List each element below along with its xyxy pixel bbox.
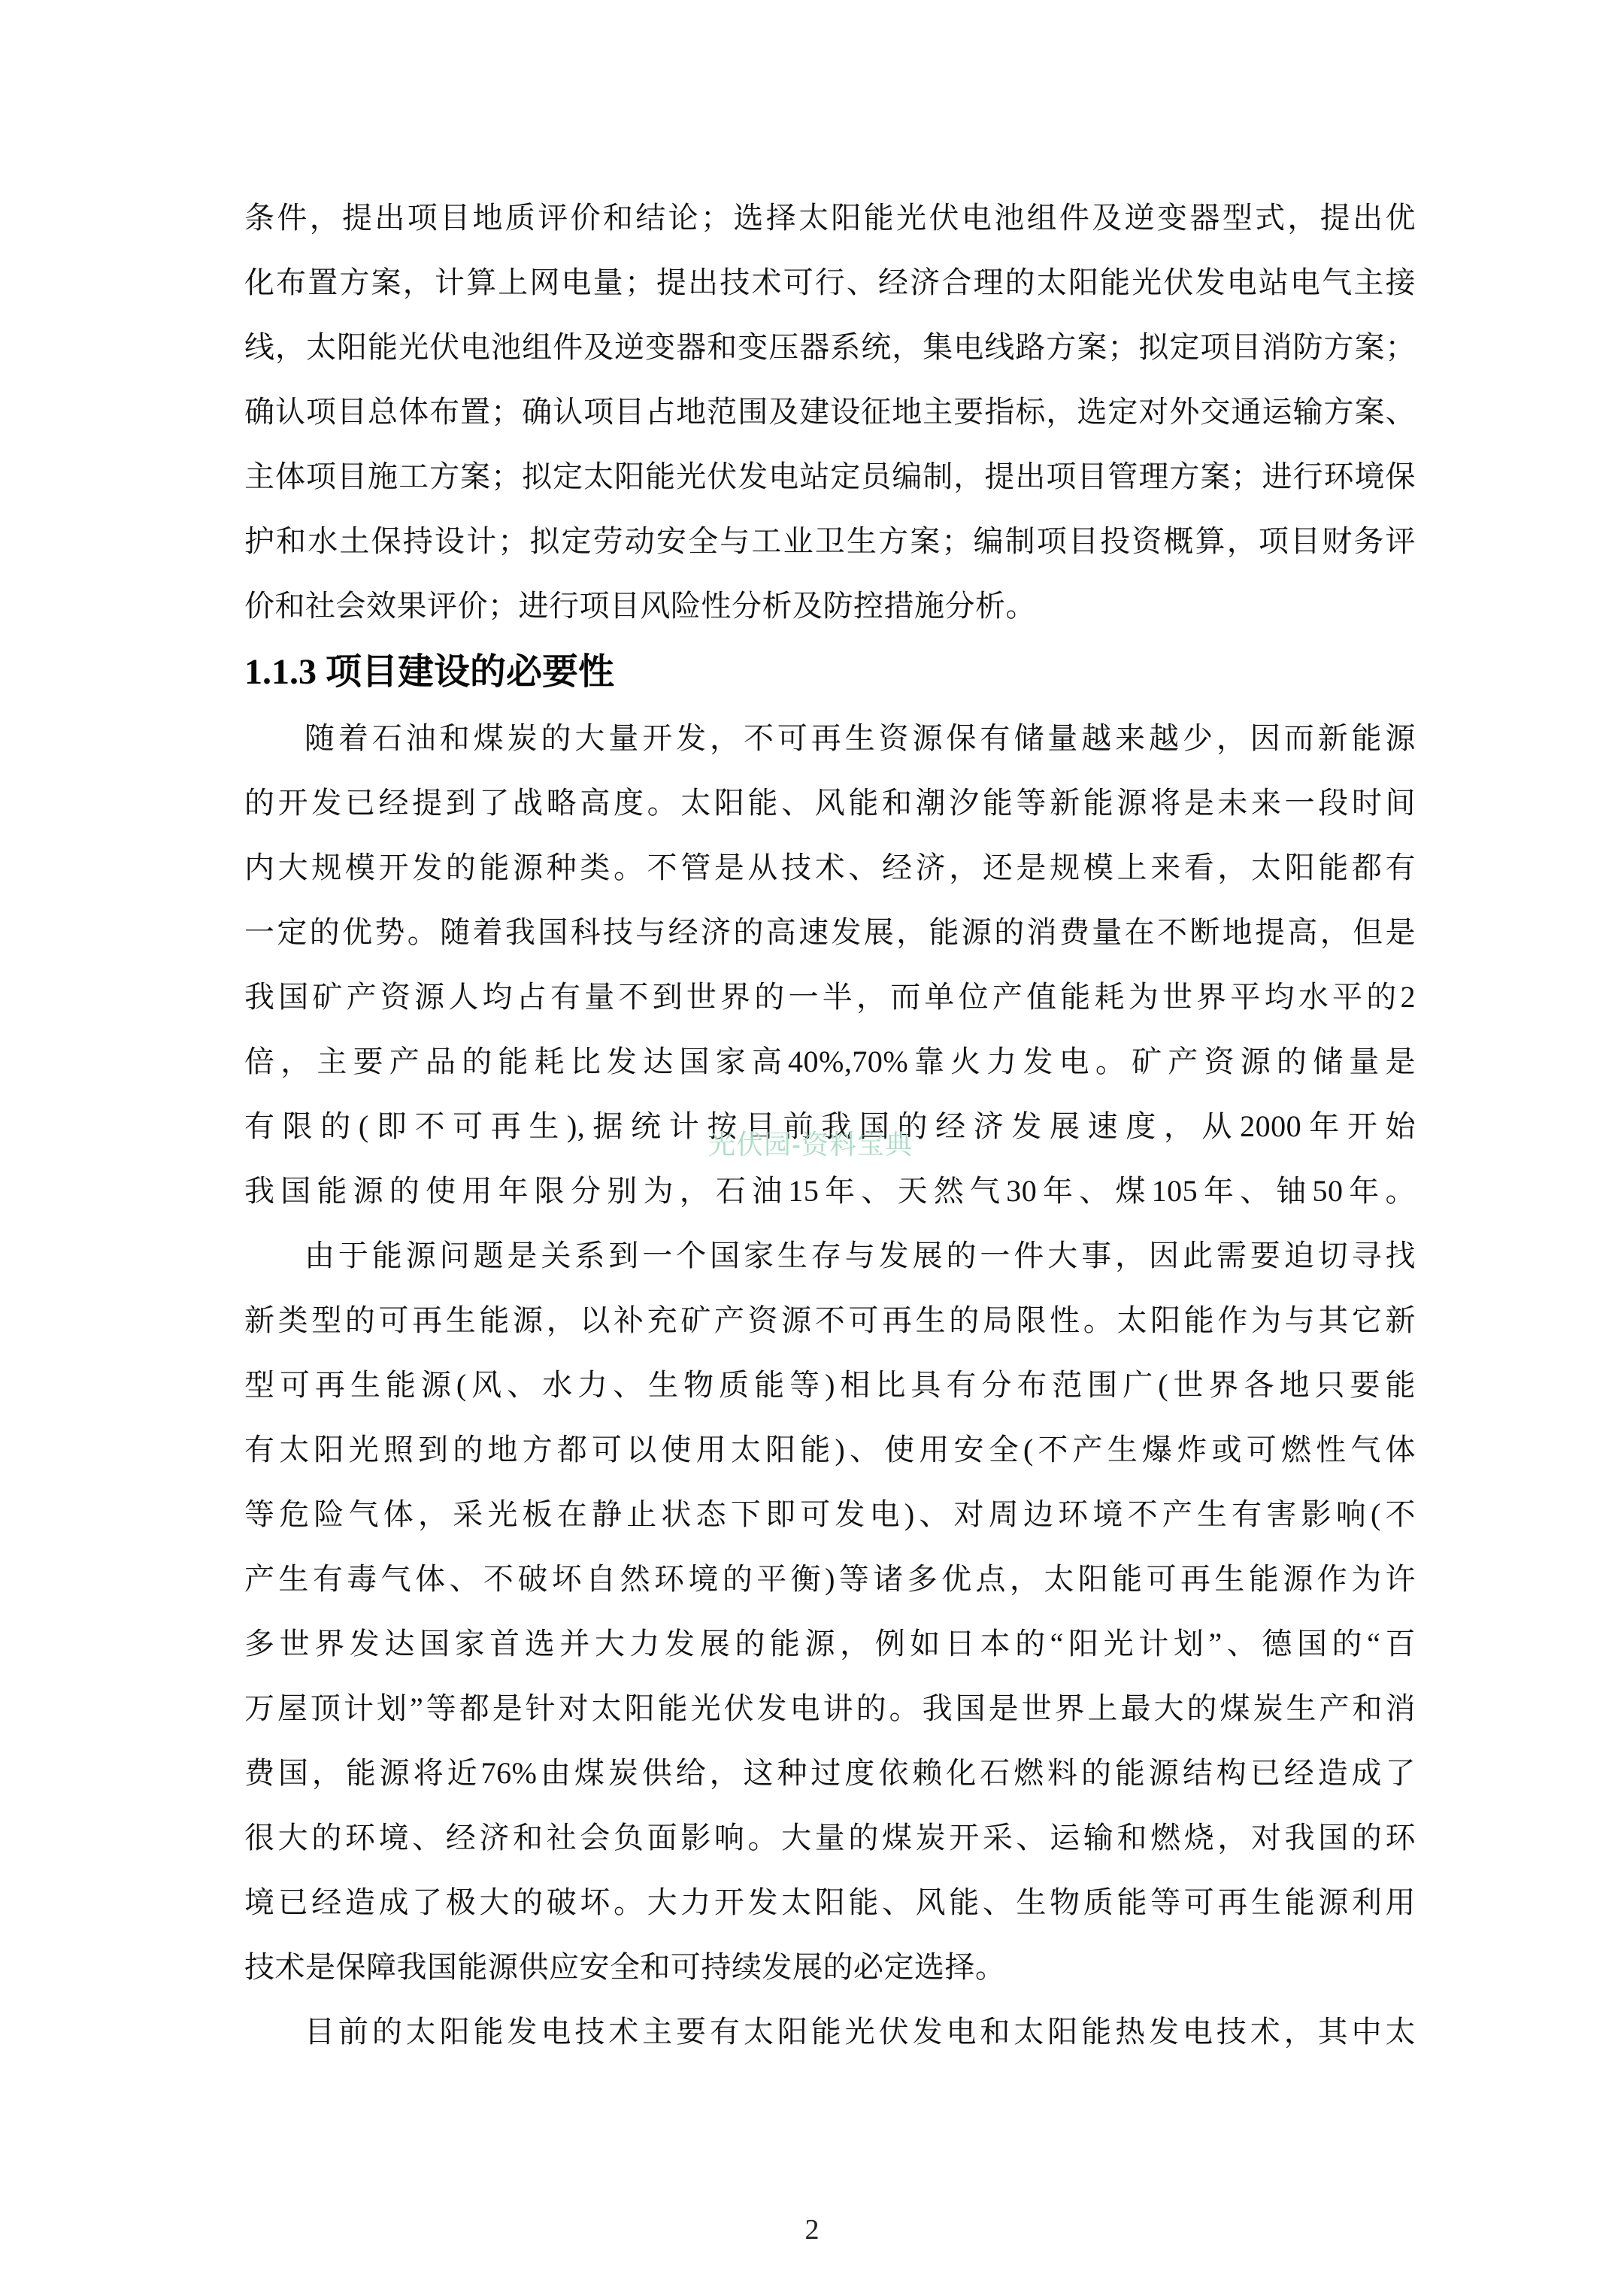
- text-line: 条件，提出项目地质评价和结论；选择太阳能光伏电池组件及逆变器型式，提出优: [244, 186, 1416, 250]
- text-line: 等危险气体，采光板在静止状态下即可发电)、对周边环境不产生有害影响(不: [244, 1482, 1416, 1547]
- text-line: 随着石油和煤炭的大量开发，不可再生资源保有储量越来越少，因而新能源: [244, 706, 1416, 771]
- text-line: 我国能源的使用年限分别为，石油15年、天然气30年、煤105年、铀50年。: [244, 1159, 1416, 1224]
- text-line: 我国矿产资源人均占有量不到世界的一半，而单位产值能耗为世界平均水平的2: [244, 965, 1416, 1030]
- text-line: 有太阳光照到的地方都可以使用太阳能)、使用安全(不产生爆炸或可燃性气体: [244, 1418, 1416, 1482]
- text-line: 内大规模开发的能源种类。不管是从技术、经济，还是规模上来看，太阳能都有: [244, 836, 1416, 900]
- text-line: 产生有毒气体、不破坏自然环境的平衡)等诸多优点，太阳能可再生能源作为许: [244, 1547, 1416, 1612]
- paragraph: 随着石油和煤炭的大量开发，不可再生资源保有储量越来越少，因而新能源的开发已经提到…: [244, 706, 1416, 1224]
- section-heading: 1.1.3 项目建设的必要性: [244, 638, 1416, 706]
- text-line: 费国，能源将近76%由煤炭供给，这种过度依赖化石燃料的能源结构已经造成了: [244, 1741, 1416, 1806]
- text-line: 技术是保障我国能源供应安全和可持续发展的必定选择。: [244, 1935, 1416, 2000]
- text-line: 倍，主要产品的能耗比发达国家高40%,70%靠火力发电。矿产资源的储量是: [244, 1030, 1416, 1094]
- text-line: 新类型的可再生能源，以补充矿产资源不可再生的局限性。太阳能作为与其它新: [244, 1288, 1416, 1353]
- text-line: 价和社会效果评价；进行项目风险性分析及防控措施分析。: [244, 574, 1416, 638]
- text-line: 的开发已经提到了战略高度。太阳能、风能和潮汐能等新能源将是未来一段时间: [244, 771, 1416, 836]
- text-line: 有限的(即不可再生),据统计按目前我国的经济发展速度，从2000年开始: [244, 1094, 1416, 1159]
- text-line: 确认项目总体布置；确认项目占地范围及建设征地主要指标，选定对外交通运输方案、: [244, 380, 1416, 444]
- text-line: 线，太阳能光伏电池组件及逆变器和变压器系统，集电线路方案；拟定项目消防方案；: [244, 315, 1416, 380]
- text-line: 万屋顶计划”等都是针对太阳能光伏发电讲的。我国是世界上最大的煤炭生产和消: [244, 1676, 1416, 1741]
- text-line: 主体项目施工方案；拟定太阳能光伏发电站定员编制，提出项目管理方案；进行环境保: [244, 444, 1416, 509]
- text-line: 由于能源问题是关系到一个国家生存与发展的一件大事，因此需要迫切寻找: [244, 1224, 1416, 1288]
- text-line: 化布置方案，计算上网电量；提出技术可行、经济合理的太阳能光伏发电站电气主接: [244, 250, 1416, 315]
- text-line: 型可再生能源(风、水力、生物质能等)相比具有分布范围广(世界各地只要能: [244, 1353, 1416, 1418]
- page-number: 2: [0, 2211, 1624, 2249]
- paragraph: 目前的太阳能发电技术主要有太阳能光伏发电和太阳能热发电技术，其中太: [244, 2000, 1416, 2064]
- text-line: 很大的环境、经济和社会负面影响。大量的煤炭开采、运输和燃烧，对我国的环: [244, 1806, 1416, 1870]
- document-page: 条件，提出项目地质评价和结论；选择太阳能光伏电池组件及逆变器型式，提出优化布置方…: [0, 0, 1624, 2293]
- text-line: 境已经造成了极大的破坏。大力开发太阳能、风能、生物质能等可再生能源利用: [244, 1870, 1416, 1935]
- paragraph: 条件，提出项目地质评价和结论；选择太阳能光伏电池组件及逆变器型式，提出优化布置方…: [244, 186, 1416, 638]
- text-line: 目前的太阳能发电技术主要有太阳能光伏发电和太阳能热发电技术，其中太: [244, 2000, 1416, 2064]
- text-line: 多世界发达国家首选并大力发展的能源，例如日本的“阳光计划”、德国的“百: [244, 1612, 1416, 1676]
- text-line: 护和水土保持设计；拟定劳动安全与工业卫生方案；编制项目投资概算，项目财务评: [244, 509, 1416, 574]
- document-body: 条件，提出项目地质评价和结论；选择太阳能光伏电池组件及逆变器型式，提出优化布置方…: [244, 186, 1416, 2064]
- text-line: 一定的优势。随着我国科技与经济的高速发展，能源的消费量在不断地提高，但是: [244, 900, 1416, 965]
- paragraph: 由于能源问题是关系到一个国家生存与发展的一件大事，因此需要迫切寻找新类型的可再生…: [244, 1224, 1416, 2000]
